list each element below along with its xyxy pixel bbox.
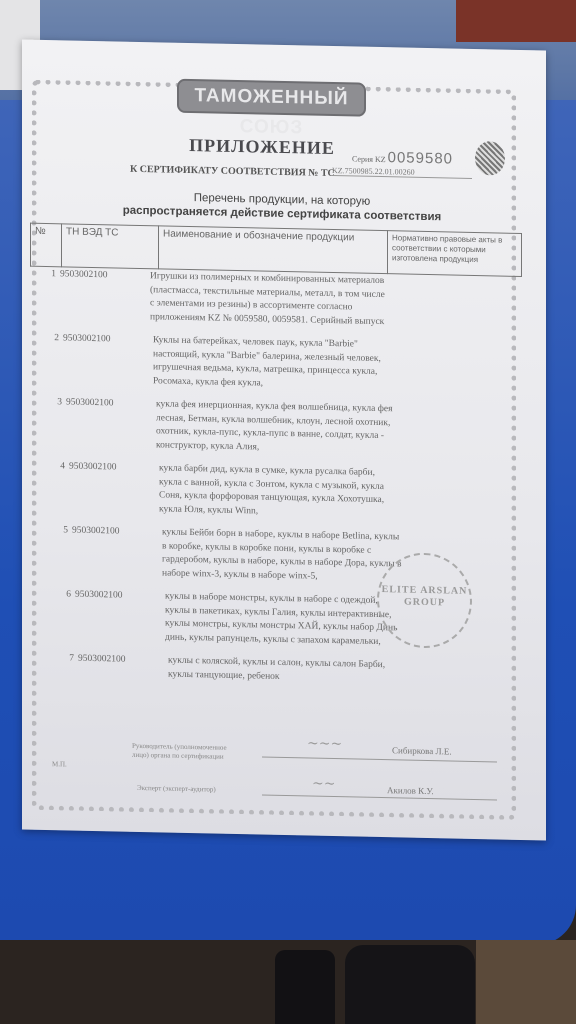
row-code: 9503002100 [75,589,165,645]
table-row: 19503002100Игрушки из полимерных и комби… [30,268,500,332]
stamp-line1: ELITE ARSLAN [379,584,470,598]
row-desc: кукла барби дид, кукла в сумке, кукла ру… [159,462,399,521]
boot-left [275,950,335,1024]
table-row: 29503002100Куклы на батерейках, человек … [33,332,500,396]
row-desc: Куклы на батерейках, человек паук, кукла… [153,334,393,393]
expert-label: Эксперт (эксперт-аудитор) [137,784,216,795]
head-label: Руководитель (уполномоченное лицо) орган… [132,742,232,762]
hologram-icon [475,141,505,176]
background-floor-right [476,940,576,1024]
head-signature: ~~~ [307,735,342,752]
stamp-line2: GROUP [379,596,470,610]
row-desc: куклы в наборе монстры, куклы в наборе с… [165,591,405,650]
row-code: 9503002100 [72,525,162,581]
expert-name: Акилов К.У. [387,785,434,796]
background-red-object [456,0,576,42]
row-code: 9503002100 [63,332,153,388]
page-title: ПРИЛОЖЕНИЕ [172,135,352,160]
row-code: 9503002100 [69,460,159,516]
row-code: 9503002100 [66,396,156,452]
header-name: Наименование и обозначение продукции [159,226,388,274]
series-label: Серия KZ 0059580 [352,148,453,167]
row-num: 6 [45,588,75,643]
series-prefix: Серия KZ [352,154,386,164]
row-num: 5 [42,524,72,579]
table-row: 49503002100кукла барби дид, кукла в сумк… [39,460,500,524]
row-code: 9503002100 [60,268,150,324]
certificate-appendix-page: ТАМОЖЕННЫЙ СОЮЗ ПРИЛОЖЕНИЕ К СЕРТИФИКАТУ… [22,40,546,841]
row-desc: куклы с коляской, куклы и салон, куклы с… [168,655,408,687]
row-num: 3 [36,396,66,451]
row-desc: кукла фея инерционная, кукла фея волшебн… [156,398,396,457]
table-row: 79503002100куклы с коляской, куклы и сал… [48,652,500,688]
row-num: 2 [33,332,63,387]
row-code: 9503002100 [78,653,168,682]
mp-label: М.П. [52,760,67,769]
row-num: 7 [48,652,78,680]
expert-signature: ~~ [312,776,335,792]
header-num: № [31,223,62,267]
series-number: 0059580 [388,149,453,167]
row-num: 1 [30,268,60,323]
company-stamp: ELITE ARSLAN GROUP [377,552,472,649]
header-code: ТН ВЭД ТС [62,224,159,269]
row-num: 4 [39,460,69,515]
boot-right [345,945,475,1024]
table-row: 39503002100кукла фея инерционная, кукла … [36,396,500,460]
customs-union-banner: ТАМОЖЕННЫЙ СОЮЗ [177,79,366,117]
header-acts: Нормативно правовые акты в соответствии … [388,231,522,277]
row-desc: Игрушки из полимерных и комбинированных … [150,270,390,329]
row-desc: куклы Бейби борн в наборе, куклы в набор… [162,526,402,585]
head-name: Сибиркова Л.Е. [392,745,452,756]
